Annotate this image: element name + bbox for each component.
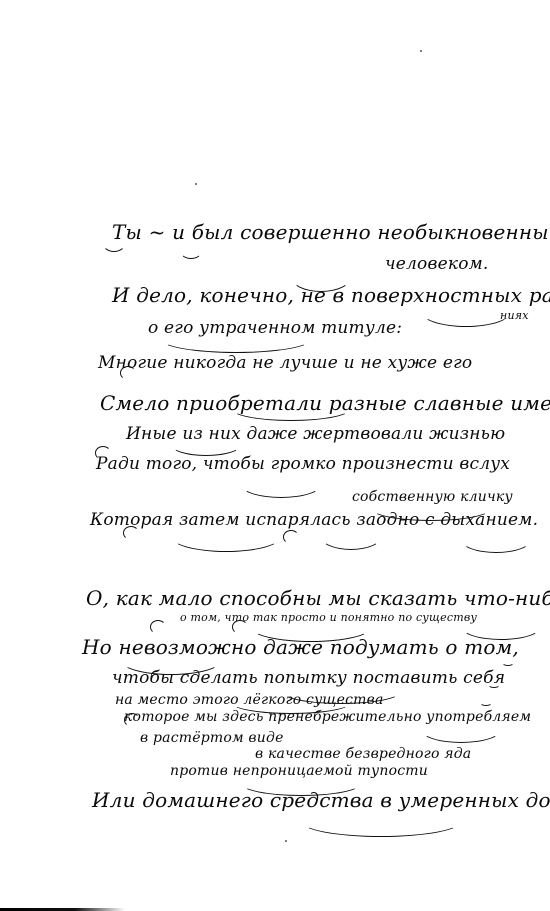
pen-curl [150,620,166,634]
manuscript-line: И дело, конечно, не в поверхностных разм… [112,285,550,305]
manuscript-line: против непроницаемой тупости [170,764,428,778]
pen-curl [123,526,139,540]
manuscript-page: Ты ~ и был совершенно необыкновенный чел… [0,0,550,911]
manuscript-line: Ты ~ и был совершенно необыкновенный [112,222,550,242]
manuscript-line: которое мы здесь пренебрежительно употре… [124,710,531,724]
pen-curl [124,713,140,727]
pen-curl [283,530,299,544]
manuscript-line: собственную кличку [352,490,513,504]
manuscript-line: Которая затем испарялась заодно с дыхани… [90,512,538,529]
scan-speck [195,183,197,185]
margin-mark [502,660,514,666]
manuscript-line: человеком. [385,256,489,273]
manuscript-line: о его утраченном титуле: [148,320,402,337]
manuscript-line: Ради того, чтобы громко произнести вслух [96,456,510,473]
manuscript-line: ниях [500,310,529,321]
manuscript-line: на место этого лёгкого существа [115,693,384,707]
manuscript-line: Смело приобретали разные славные имена, [100,393,550,413]
manuscript-line: в качестве безвредного яда [255,747,471,761]
scan-speck [285,840,287,842]
manuscript-line: Многие никогда не лучше и не хуже его [98,355,472,372]
pen-curl [95,446,111,460]
margin-mark [480,700,492,706]
manuscript-line: в растёртом виде [140,731,284,745]
manuscript-line: чтобы сделать попытку поставить себя [112,670,505,687]
manuscript-line: Но невозможно даже подумать о том, [82,637,519,657]
manuscript-line: о том, что так просто и понятно по сущес… [180,612,477,623]
manuscript-line: Или домашнего средства в умеренных дозах… [92,790,550,810]
pen-curl [232,620,248,634]
manuscript-line: Иные из них даже жертвовали жизнью [126,426,505,443]
scan-speck [420,50,422,52]
pen-flourish [180,243,202,259]
manuscript-line: О, как мало способны мы сказать что-нибу… [86,588,550,608]
pen-flourish [240,470,322,498]
pen-curl [120,366,136,380]
